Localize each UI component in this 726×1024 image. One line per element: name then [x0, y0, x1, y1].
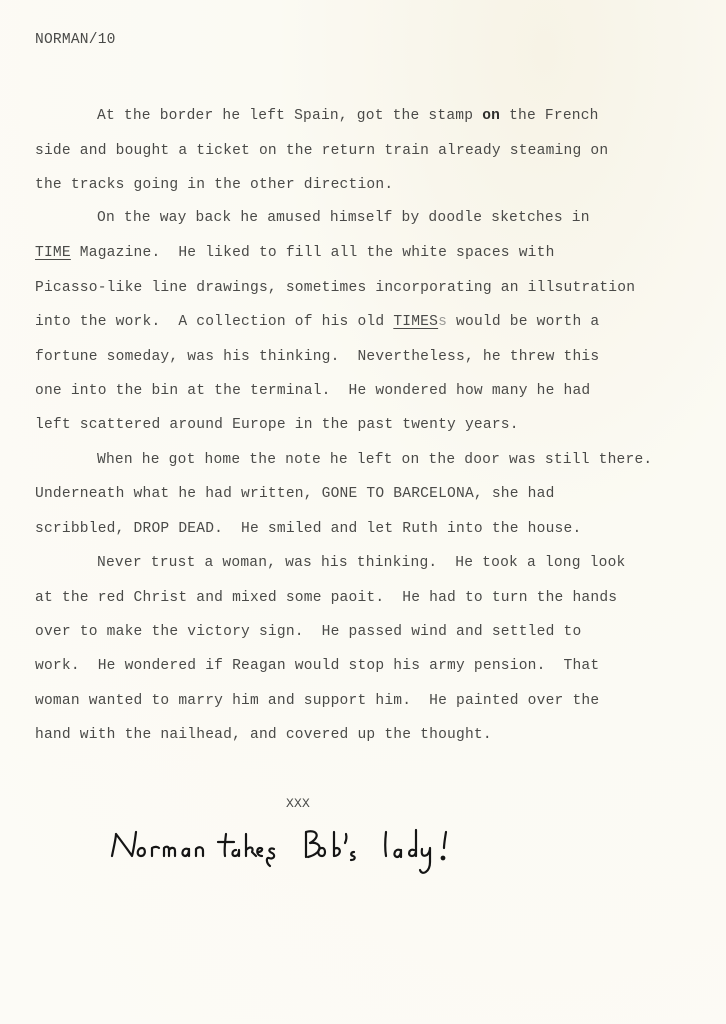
text-span: would be worth a: [447, 314, 599, 330]
paragraph-2-line-3: Picasso-like line drawings, sometimes in…: [35, 278, 635, 298]
paragraph-1-line-3: the tracks going in the other direction.: [35, 175, 393, 195]
paragraph-2-line-7: left scattered around Europe in the past…: [35, 415, 519, 435]
paragraph-4-line-5: woman wanted to marry him and support hi…: [35, 691, 599, 711]
paragraph-1-line-2: side and bought a ticket on the return t…: [35, 141, 608, 161]
paragraph-4-line-1: Never trust a woman, was his thinking. H…: [97, 553, 626, 573]
paragraph-1-line-1: At the border he left Spain, got the sta…: [97, 106, 599, 126]
underlined-title-times: TIMES: [393, 314, 438, 330]
paragraph-4-line-4: work. He wondered if Reagan would stop h…: [35, 656, 599, 676]
text-span: into the work. A collection of his old: [35, 314, 393, 330]
erased-letter: s: [438, 314, 447, 330]
paragraph-2-line-1: On the way back he amused himself by doo…: [97, 208, 590, 228]
paragraph-2-line-4: into the work. A collection of his old T…: [35, 312, 599, 332]
typewritten-page: NORMAN/10 At the border he left Spain, g…: [0, 0, 726, 1024]
paragraph-4-line-2: at the red Christ and mixed some paoit. …: [35, 588, 617, 608]
handwritten-note: [108, 822, 528, 892]
underlined-title-time: TIME: [35, 245, 71, 261]
paragraph-2-line-2: TIME Magazine. He liked to fill all the …: [35, 243, 555, 263]
paragraph-2-line-6: one into the bin at the terminal. He won…: [35, 381, 590, 401]
paragraph-2-line-5: fortune someday, was his thinking. Never…: [35, 347, 599, 367]
paragraph-4-line-6: hand with the nailhead, and covered up t…: [35, 725, 492, 745]
paragraph-4-line-3: over to make the victory sign. He passed…: [35, 622, 581, 642]
paragraph-3-line-2: Underneath what he had written, GONE TO …: [35, 484, 555, 504]
paragraph-3-line-3: scribbled, DROP DEAD. He smiled and let …: [35, 519, 581, 539]
end-mark: XXX: [286, 796, 310, 811]
text-span: the French: [500, 108, 599, 124]
paragraph-3-line-1: When he got home the note he left on the…: [97, 450, 652, 470]
text-span: Magazine. He liked to fill all the white…: [71, 245, 555, 261]
overstrike-correction: on: [482, 108, 500, 124]
text-span: At the border he left Spain, got the sta…: [97, 108, 482, 124]
page-header: NORMAN/10: [35, 32, 116, 48]
